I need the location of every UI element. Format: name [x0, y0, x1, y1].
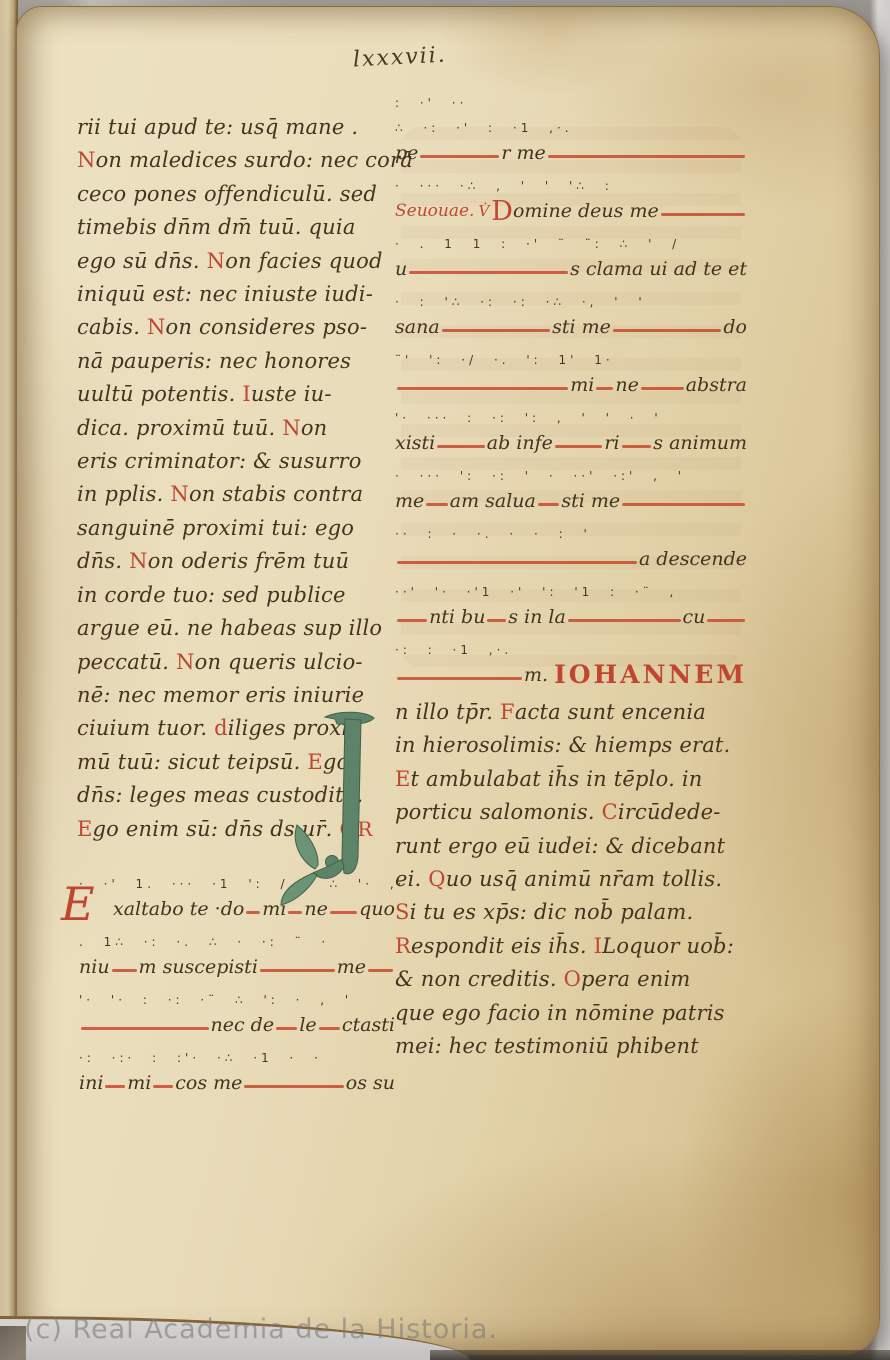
- neume-row: ·: ·:· : :'· ·∴ ·1 · ·: [79, 1046, 395, 1070]
- neume-row: ··' '· ·'1 ·' ': '1 : ·¨ ,: [395, 580, 747, 604]
- text-segment: n illo tp̄r.: [395, 700, 500, 724]
- melisma-line: [555, 445, 603, 448]
- text-segment: ctasti: [342, 1013, 395, 1037]
- text-segment: peccatū.: [77, 650, 176, 674]
- neume-row: · ··· ': ·: ' · ··' ·:' , ': [395, 464, 747, 488]
- text-segment: uo usq̄ animū nr̄am tollis.: [446, 867, 723, 891]
- text-segment: on queris ulcio-: [195, 650, 363, 674]
- melisma-line: [661, 213, 745, 216]
- chant-text-row: nec delectasti: [79, 1013, 395, 1037]
- text-segment: r me: [501, 141, 545, 165]
- melisma-line: [276, 1027, 297, 1030]
- text-segment: acta sunt encenia: [515, 700, 706, 724]
- text-segment: mi: [570, 373, 594, 397]
- rubric-segment: Q: [428, 867, 445, 891]
- text-segment: m suscepisti: [139, 955, 258, 979]
- text-segment: u: [395, 257, 407, 281]
- chant-text-row: per me: [395, 141, 747, 165]
- text-segment: nē: nec memor eris iniurie: [77, 683, 364, 707]
- verse-chant: : ·' ·· ∴ ·: ·' : ·1 ,·.per me· ··· ·∴ ,…: [395, 91, 747, 687]
- melisma-line: [568, 619, 681, 622]
- rubric-segment: N: [129, 549, 148, 573]
- chant-text-row: nium suscepistime: [79, 955, 395, 979]
- text-segment: espondit eis ih̄s.: [411, 934, 594, 958]
- text-segment: pe: [395, 141, 418, 165]
- text-line: uultū potentis. Iuste iu-: [77, 378, 395, 411]
- melisma-line: [622, 445, 652, 448]
- neume-row: : ·' ··: [395, 91, 747, 115]
- melisma-line: [641, 387, 684, 390]
- text-segment: in corde tuo: sed publice: [77, 583, 346, 607]
- neume-row: . 1∴ ·: ·. ∴ · ·: ¨ ·: [79, 930, 395, 954]
- text-segment: do: [723, 315, 747, 339]
- text-line: Non maledices surdo: nec corā: [77, 144, 395, 177]
- melisma-line: [437, 445, 485, 448]
- rubric-segment: I: [594, 934, 603, 958]
- chant-text-row: us clama ui ad te et: [395, 257, 747, 281]
- text-segment: in pplis.: [77, 482, 170, 506]
- text-segment: pera enim: [581, 967, 691, 991]
- melisma-line: [420, 155, 499, 158]
- text-segment: on facies quod: [225, 249, 382, 273]
- text-segment: i tu es xp̄s: dic nob̄ palam.: [410, 900, 694, 924]
- melisma-line: [244, 1085, 343, 1088]
- manuscript-page: lxxxvii. rii tui apud te: usq̄ mane .Non…: [16, 6, 880, 1356]
- text-segment: cabis.: [77, 315, 147, 339]
- text-line: dn̄s. Non oderis frēm tuū: [77, 545, 395, 578]
- rubric-segment: N: [147, 315, 166, 339]
- melisma-line: [153, 1085, 173, 1088]
- text-line: dica. proximū tuū. Non: [77, 412, 395, 445]
- melisma-line: [330, 911, 357, 914]
- text-segment: on: [301, 416, 328, 440]
- text-segment: dn̄s.: [77, 549, 129, 573]
- rubric-segment: N: [282, 416, 301, 440]
- text-segment: me: [337, 955, 366, 979]
- text-segment: uultū potentis.: [77, 382, 242, 406]
- text-segment: me: [395, 489, 424, 513]
- text-segment: xisti: [395, 431, 435, 455]
- text-line: in pplis. Non stabis contra: [77, 478, 395, 511]
- neume-row: ∴ ·: ·' : ·1 ,·.: [395, 116, 747, 140]
- text-segment: Loquor uob̄:: [602, 934, 734, 958]
- text-segment: ego sū dn̄s.: [77, 249, 207, 273]
- chant-text-row: a descende: [395, 547, 747, 571]
- text-line: Si tu es xp̄s: dic nob̄ palam.: [395, 896, 747, 929]
- text-line: porticu salomonis. Circūdede-: [395, 796, 747, 829]
- gospel-text: n illo tp̄r. Facta sunt enceniain hieros…: [395, 696, 747, 1063]
- melisma-line: [105, 1085, 125, 1088]
- chant-text-row: meam saluasti me: [395, 489, 747, 513]
- text-line: nē: nec memor eris iniurie: [77, 679, 395, 712]
- melisma-line: [613, 329, 721, 332]
- text-line: Respondit eis ih̄s. ILoquor uob̄:: [395, 930, 747, 963]
- melisma-line: [288, 911, 302, 914]
- text-segment: on consideres pso-: [166, 315, 368, 339]
- text-segment: s animum: [653, 431, 747, 455]
- text-segment: ne: [615, 373, 638, 397]
- text-segment: sti me: [552, 315, 611, 339]
- text-line: peccatū. Non queris ulcio-: [77, 646, 395, 679]
- page-bottom-shadow: [430, 1350, 890, 1360]
- text-segment: m.: [524, 663, 548, 687]
- left-column: rii tui apud te: usq̄ mane .Non maledice…: [77, 111, 395, 1104]
- text-segment: in hierosolimis: & hiemps erat.: [395, 733, 730, 757]
- text-segment: cos me: [175, 1071, 242, 1095]
- text-segment: mi: [127, 1071, 151, 1095]
- melisma-line: [426, 503, 448, 506]
- text-line: & non creditis. Opera enim: [395, 963, 747, 996]
- text-segment: cu: [683, 605, 706, 629]
- rubric-segment: N: [170, 482, 189, 506]
- rubric-segment: Seuouae.: [395, 199, 474, 223]
- text-segment: que ego facio in nōmine patris: [395, 1001, 725, 1025]
- text-line: in hierosolimis: & hiemps erat.: [395, 729, 747, 762]
- text-segment: & non creditis.: [395, 967, 564, 991]
- melisma-line: [487, 619, 506, 622]
- text-line: timebis dn̄m dm̄ tuū. quia: [77, 211, 395, 244]
- text-segment: ini: [79, 1071, 103, 1095]
- chant-text-row: sanasti medo: [395, 315, 747, 339]
- melisma-line: [538, 503, 560, 506]
- text-line: ei. Quo usq̄ animū nr̄am tollis.: [395, 863, 747, 896]
- rubric-segment: F: [500, 700, 515, 724]
- text-segment: timebis dn̄m dm̄ tuū. quia: [77, 215, 356, 239]
- melisma-line: [112, 969, 137, 972]
- neume-row: · : '∴ ·: ·: ·∴ ·, ' ': [395, 290, 747, 314]
- text-segment: nti bu: [429, 605, 485, 629]
- melisma-line: [319, 1027, 340, 1030]
- text-line: que ego facio in nōmine patris: [395, 997, 747, 1030]
- text-segment: sana: [395, 315, 440, 339]
- text-segment: nec de: [211, 1013, 275, 1037]
- text-segment: on maledices surdo: nec corā: [96, 148, 413, 172]
- melisma-line: [548, 155, 745, 158]
- melisma-line: [442, 329, 550, 332]
- text-segment: argue eū. ne habeas sup illo: [77, 616, 382, 640]
- text-segment: nā pauperis: nec honores: [77, 349, 351, 373]
- text-segment: s in la: [508, 605, 566, 629]
- rubric-segment: N: [207, 249, 226, 273]
- text-segment: sti me: [561, 489, 620, 513]
- text-line: ego sū dn̄s. Non facies quod: [77, 245, 395, 278]
- rubric-segment: C: [602, 800, 618, 824]
- text-segment: dica. proximū tuū.: [77, 416, 282, 440]
- photo-background: lxxxvii. rii tui apud te: usq̄ mane .Non…: [0, 0, 890, 1360]
- text-line: mei: hec testimoniū phibent: [395, 1030, 747, 1063]
- text-segment: omine deus me: [513, 199, 659, 223]
- melisma-line: [409, 271, 568, 274]
- text-segment: runt ergo eū iudei: & dicebant: [395, 834, 725, 858]
- neume-row: ¨' ': ·/ ·. ': 1' 1·: [395, 348, 747, 372]
- neume-row: ·: : ·1 ,·.: [395, 638, 747, 662]
- text-segment: ceco pones offendiculū. sed: [77, 182, 377, 206]
- illuminated-initial-I: [269, 709, 379, 909]
- rubric-segment: I: [242, 382, 251, 406]
- text-segment: eris criminator: & susurro: [77, 449, 362, 473]
- text-segment: porticu salomonis.: [395, 800, 602, 824]
- text-line: in corde tuo: sed publice: [77, 579, 395, 612]
- text-segment: rii tui apud te: usq̄ mane .: [77, 115, 358, 139]
- neume-row: ·· : · ·. · · : ': [395, 522, 747, 546]
- chant-text-row: mineabstra: [395, 373, 747, 397]
- text-line: ceco pones offendiculū. sed: [77, 178, 395, 211]
- text-line: n illo tp̄r. Facta sunt encenia: [395, 696, 747, 729]
- rubric-segment: N: [77, 148, 96, 172]
- text-segment: ircūdede-: [618, 800, 721, 824]
- binding-shadow: [0, 1326, 26, 1360]
- manuscript-photo: { "folio_number": "lxxxvii.", "watermark…: [0, 0, 890, 1360]
- melisma-line: [707, 619, 745, 622]
- text-line: iniquū est: nec iniuste iudi-: [77, 278, 395, 311]
- text-line: cabis. Non consideres pso-: [77, 311, 395, 344]
- text-segment: iniquū est: nec iniuste iudi-: [77, 282, 373, 306]
- rubric-segment: d: [214, 716, 228, 740]
- text-segment: s clama ui ad te et: [570, 257, 747, 281]
- text-segment: os su: [346, 1071, 395, 1095]
- text-segment: mei: hec testimoniū phibent: [395, 1034, 699, 1058]
- text-segment: am salua: [450, 489, 536, 513]
- neume-row: · . 1 1 : ·' ¨ ¨: ∴ ' /: [395, 232, 747, 256]
- chant-text-row: nti bus in lacu: [395, 605, 747, 629]
- melisma-line: [397, 619, 427, 622]
- rubric-segment: R: [395, 934, 411, 958]
- text-segment: xaltabo te ·: [113, 897, 221, 921]
- melisma-line: [81, 1027, 209, 1030]
- text-segment: sanguinē proximi tui: ego: [77, 516, 354, 540]
- text-segment: uste iu-: [251, 382, 332, 406]
- text-segment: do: [221, 897, 245, 921]
- melisma-line: [596, 387, 613, 390]
- text-segment: ri: [604, 431, 619, 455]
- text-segment: t ambulabat ih̄s in tēplo. in: [411, 767, 703, 791]
- text-line: runt ergo eū iudei: & dicebant: [395, 830, 747, 863]
- melisma-line: [397, 561, 637, 564]
- neume-row: '· '· : ·: ·¨ ∴ ': · , ': [79, 988, 395, 1012]
- text-segment: ab infe: [487, 431, 553, 455]
- text-line: argue eū. ne habeas sup illo: [77, 612, 395, 645]
- rubric-segment: S: [395, 900, 410, 924]
- text-line: nā pauperis: nec honores: [77, 345, 395, 378]
- chant-text-row: Seuouae. V̇Domine deus me: [395, 199, 747, 223]
- folio-number: lxxxvii.: [352, 43, 447, 73]
- rubric-segment: E: [395, 767, 411, 791]
- melisma-line: [397, 677, 522, 680]
- text-segment: ei.: [395, 867, 428, 891]
- text-line: eris criminator: & susurro: [77, 445, 395, 478]
- text-line: sanguinē proximi tui: ego: [77, 512, 395, 545]
- text-segment: niu: [79, 955, 110, 979]
- text-line: Et ambulabat ih̄s in tēplo. in: [395, 763, 747, 796]
- right-column: : ·' ·· ∴ ·: ·' : ·1 ,·.per me· ··· ·∴ ,…: [395, 91, 747, 1063]
- melisma-line: [397, 387, 568, 390]
- text-segment: le: [299, 1013, 316, 1037]
- chant-text-row: inimicos meos su: [79, 1071, 395, 1095]
- rubric-segment: E: [77, 817, 93, 841]
- copyright-watermark: (c) Real Academia de la Historia.: [24, 1314, 584, 1345]
- melisma-line: [246, 911, 260, 914]
- text-line: rii tui apud te: usq̄ mane .: [77, 111, 395, 144]
- melisma-line: [260, 969, 335, 972]
- neume-row: · ··· ·∴ , ' ' '∴ :: [395, 174, 747, 198]
- chant-text-row: m.IOHANNEM: [395, 663, 747, 687]
- rubric-segment: V̇: [478, 199, 489, 223]
- neume-row: '· ··· : ·: ': , ' ' · ': [395, 406, 747, 430]
- melisma-line: [622, 503, 745, 506]
- chant-text-row: xistiab inferis animum: [395, 431, 747, 455]
- rubric-segment: D: [491, 201, 513, 223]
- text-segment: ciuium tuor.: [77, 716, 214, 740]
- rubric-segment: IOHANNEM: [554, 663, 747, 687]
- rubric-segment: O: [564, 967, 581, 991]
- text-segment: on oderis frēm tuū: [148, 549, 349, 573]
- text-segment: abstra: [686, 373, 747, 397]
- melisma-line: [368, 969, 393, 972]
- text-segment: on stabis contra: [189, 482, 363, 506]
- text-segment: a descende: [639, 547, 747, 571]
- rubric-segment: N: [176, 650, 195, 674]
